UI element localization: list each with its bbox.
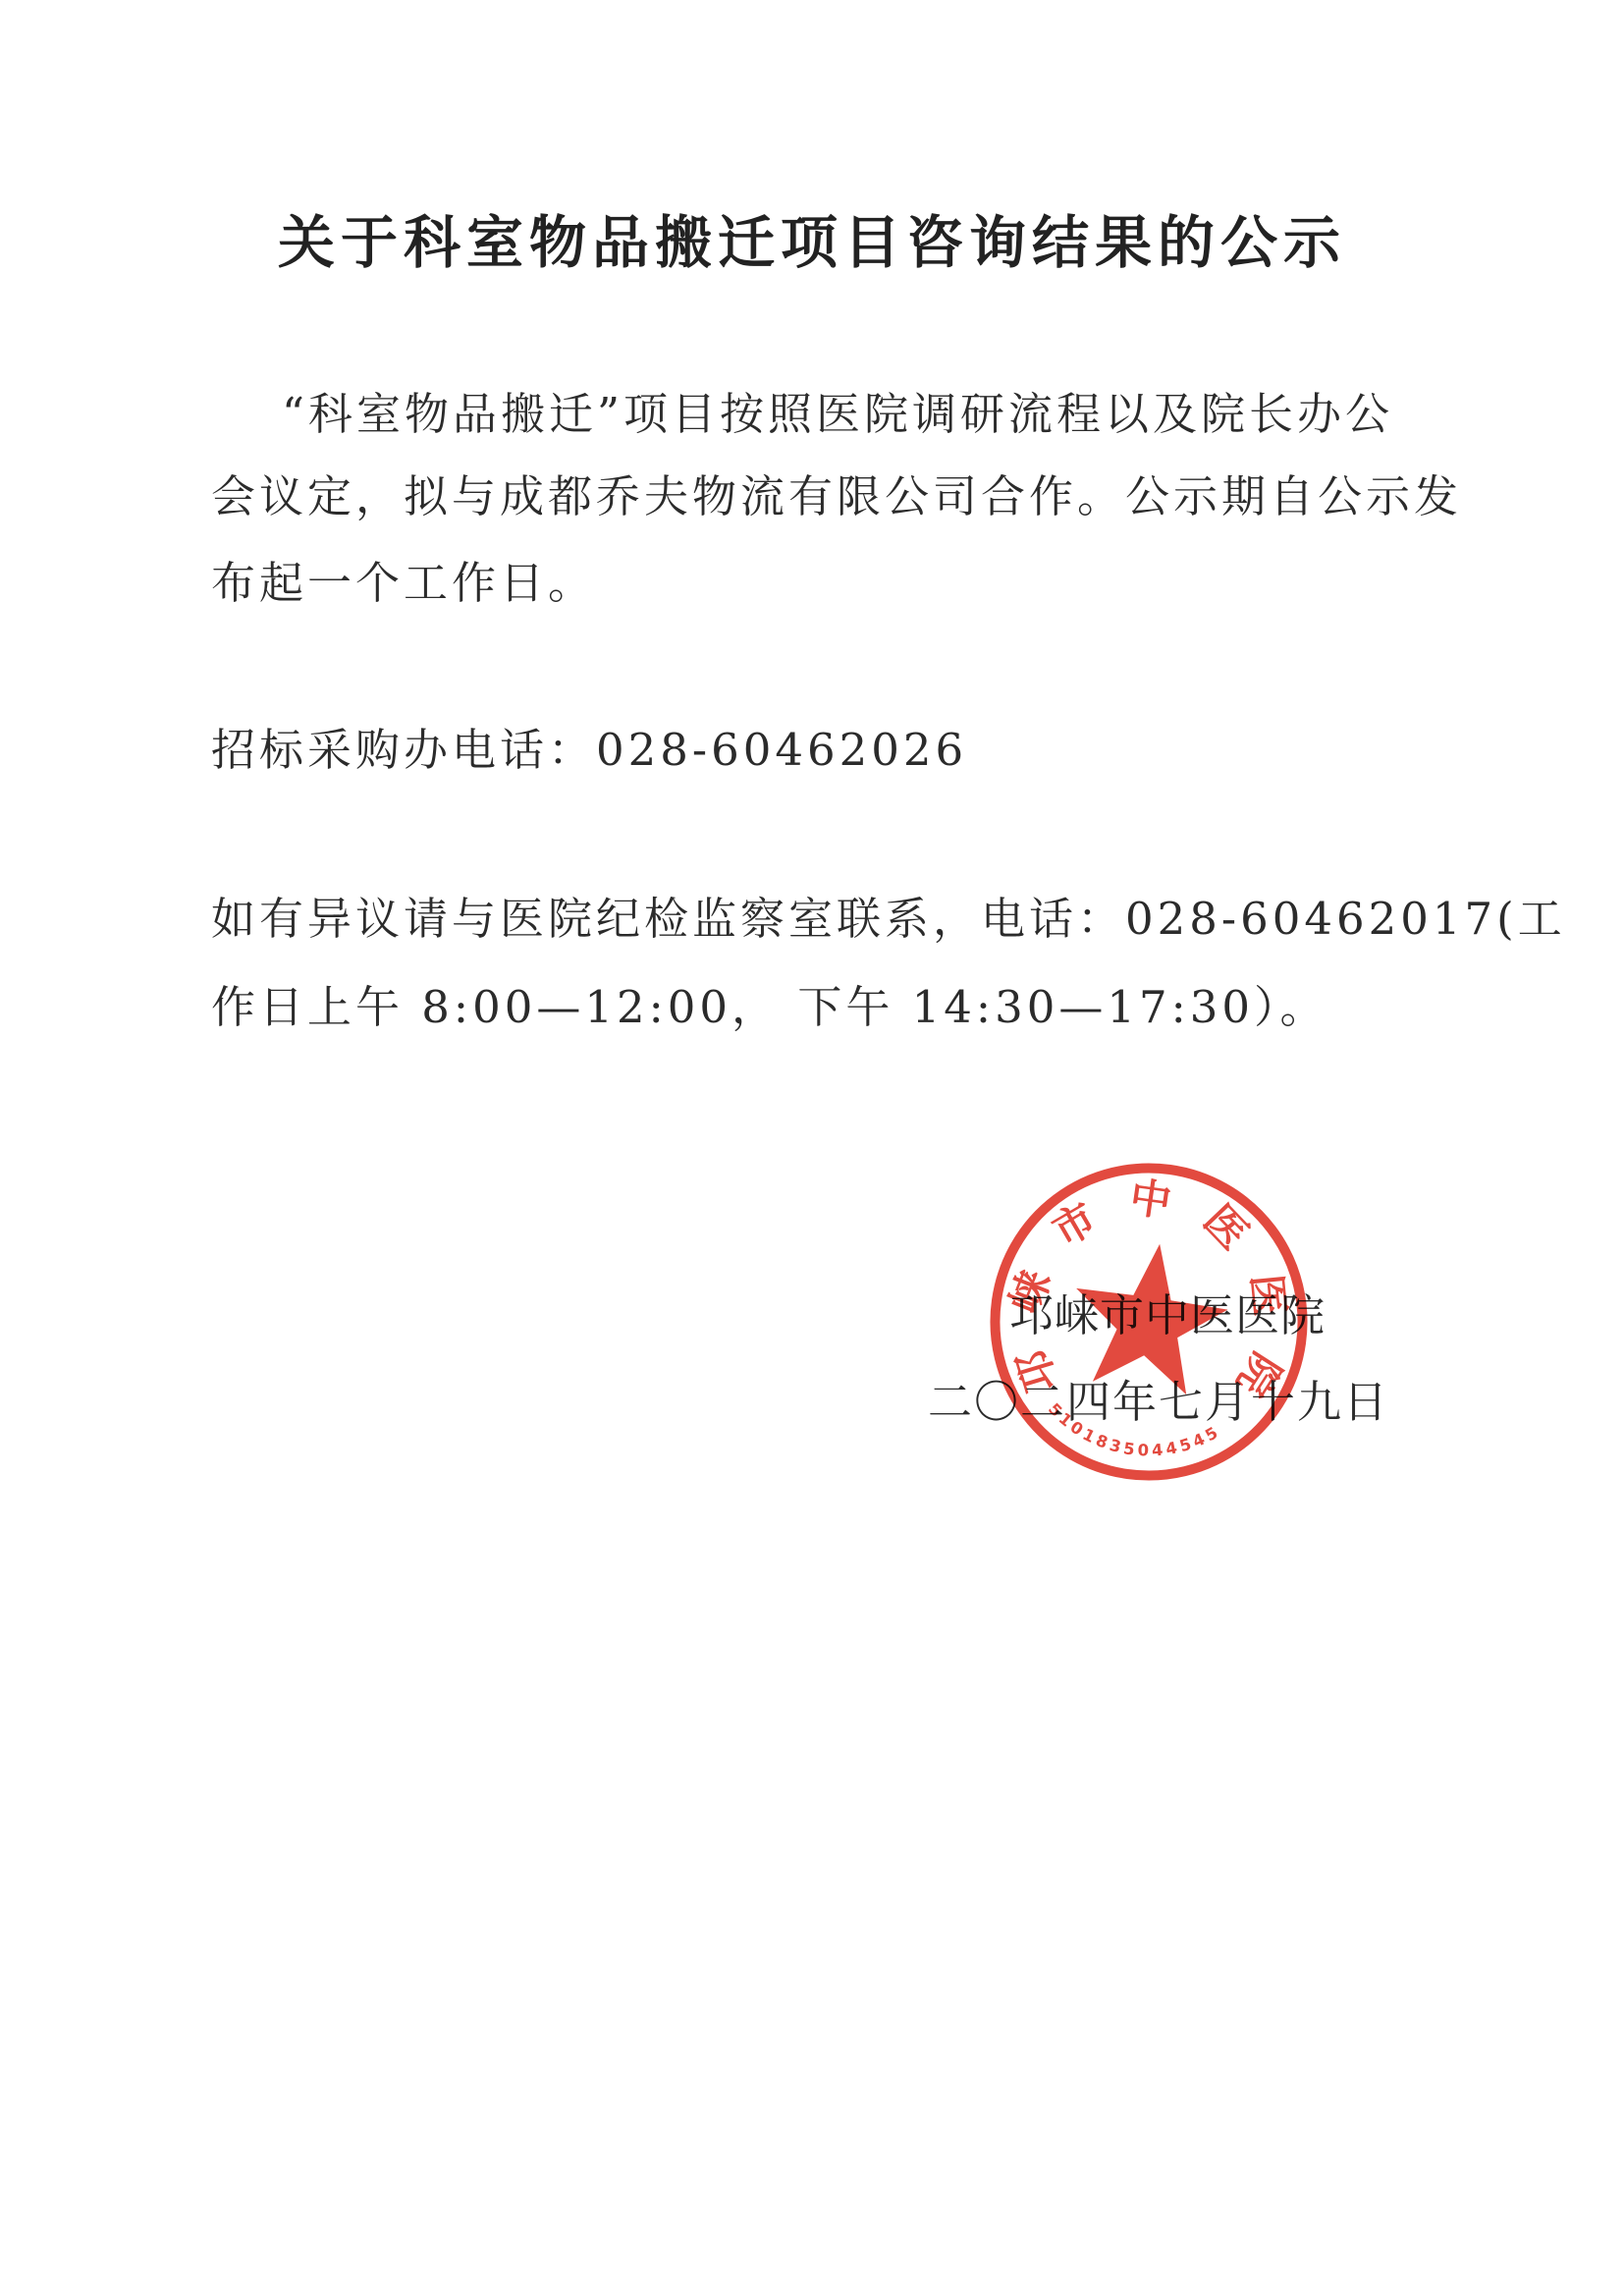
paragraph1-line3: 布起一个工作日。 xyxy=(211,558,596,609)
paragraph1-line2: 会议定，拟与成都乔夫物流有限公司合作。公示期自公示发 xyxy=(211,471,1462,522)
paragraph1-line1: “科室物品搬迁”项目按照医院调研流程以及院长办公 xyxy=(211,389,1393,440)
paragraph2-line1: 如有异议请与医院纪检监察室联系，电话：028-60462017(工 xyxy=(211,894,1566,945)
page-title: 关于科室物品搬迁项目咨询结果的公示 xyxy=(0,196,1624,279)
issue-date: 二〇二四年七月十九日 xyxy=(928,1366,1389,1430)
issuer-signature: 邛崃市中医医院 xyxy=(1009,1280,1326,1343)
bidding-office-phone-line: 招标采购办电话：028-60462026 xyxy=(211,725,967,776)
paragraph2-line2: 作日上午 8:00—12:00， 下午 14:30—17:30）。 xyxy=(211,982,1328,1033)
scanned-document-page: 关于科室物品搬迁项目咨询结果的公示 “科室物品搬迁”项目按照医院调研流程以及院长… xyxy=(0,0,1624,2296)
